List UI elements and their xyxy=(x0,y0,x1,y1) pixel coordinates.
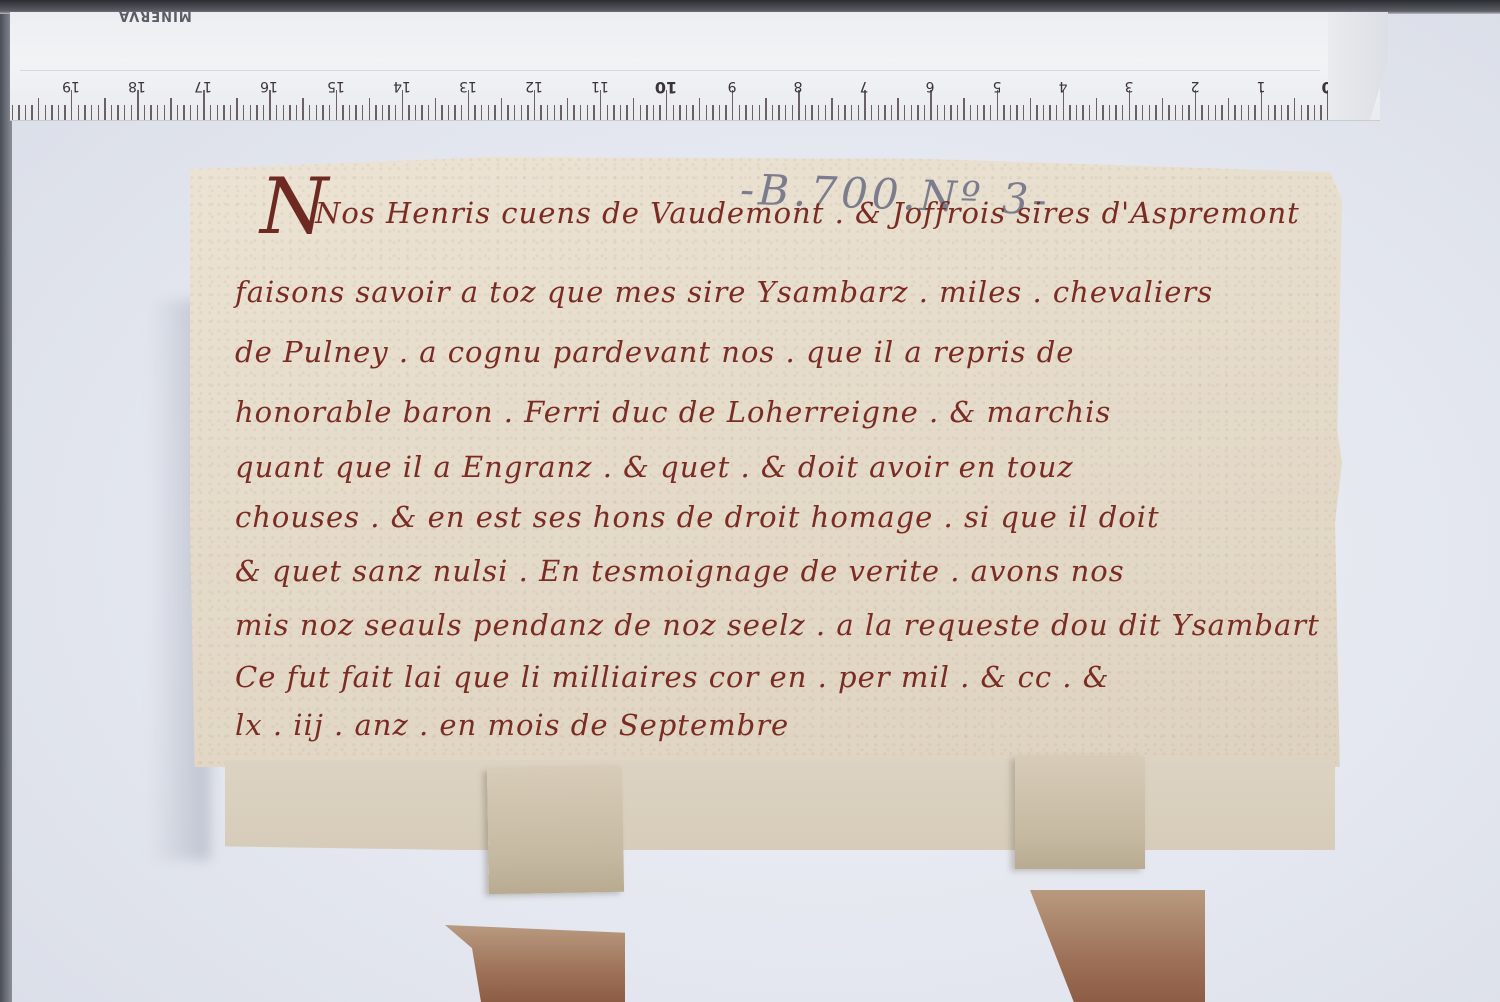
ruler-tick xyxy=(759,105,760,120)
ruler-tick xyxy=(805,105,806,120)
ruler-tick xyxy=(706,105,707,120)
ruler-tick xyxy=(1301,105,1302,120)
ruler-tick xyxy=(1268,105,1269,120)
ruler-tick xyxy=(276,105,277,120)
ruler-tick xyxy=(104,98,105,120)
ruler-tick xyxy=(31,105,32,120)
ruler-tick xyxy=(600,90,601,120)
seal-tag-right xyxy=(1015,757,1145,869)
ruler-tick xyxy=(930,90,931,120)
ruler-tick xyxy=(217,105,218,120)
ruler-tick xyxy=(1023,105,1024,120)
ruler-tick xyxy=(1076,105,1077,120)
ruler-tick xyxy=(1241,105,1242,120)
ruler-tick xyxy=(157,105,158,120)
ruler-tick xyxy=(1168,105,1169,120)
ruler-tick xyxy=(825,105,826,120)
ruler-cm-label: 4 xyxy=(1051,78,1075,94)
ruler-tick xyxy=(415,105,416,120)
ruler-tick xyxy=(587,105,588,120)
ruler-tick xyxy=(963,98,964,120)
ruler-tick xyxy=(1016,105,1017,120)
ruler-tick xyxy=(45,105,46,120)
text-line: chouses . & en est ses hons de droit hom… xyxy=(235,500,1160,534)
ruler-tick xyxy=(884,105,885,120)
ruler-tick xyxy=(1069,105,1070,120)
ruler-tick xyxy=(613,105,614,120)
ruler-tick xyxy=(646,105,647,120)
ruler-tick xyxy=(732,90,733,120)
ruler-tick xyxy=(679,105,680,120)
ruler-tick xyxy=(58,105,59,120)
ruler-tick xyxy=(540,105,541,120)
ruler-tick xyxy=(739,105,740,120)
ruler-tick xyxy=(375,105,376,120)
ruler-tick xyxy=(1307,105,1308,120)
ruler-tick xyxy=(534,90,535,120)
ruler-tick xyxy=(1082,105,1083,120)
ruler-tick xyxy=(481,105,482,120)
ruler-cm-label: 3 xyxy=(1117,78,1141,94)
ruler-tick xyxy=(626,105,627,120)
ruler-tick xyxy=(785,105,786,120)
text-line: & quet sanz nulsi . En tesmoignage de ve… xyxy=(235,554,1125,588)
ruler-tick xyxy=(1129,90,1130,120)
ruler-tick xyxy=(1036,105,1037,120)
ruler-tick xyxy=(362,105,363,120)
ruler-tick xyxy=(897,98,898,120)
ruler-cm-label: 8 xyxy=(786,78,810,94)
ruler-tick xyxy=(78,105,79,120)
text-line: honorable baron . Ferri duc de Loherreig… xyxy=(235,395,1111,429)
ruler-tick xyxy=(1003,105,1004,120)
ruler-tick xyxy=(1234,105,1235,120)
ruler-tick xyxy=(673,105,674,120)
ruler-tick xyxy=(699,98,700,120)
ruler-tick xyxy=(421,105,422,120)
centimeter-ruler: MINERVA 012345678910111213141516171819 xyxy=(10,12,1380,121)
ruler-brand: MINERVA xyxy=(118,8,192,23)
text-line: faisons savoir a toz que mes sire Ysamba… xyxy=(235,275,1213,309)
ruler-tick xyxy=(203,90,204,120)
ruler-tick xyxy=(402,90,403,120)
ruler-tick xyxy=(1254,105,1255,120)
ruler-tick xyxy=(250,105,251,120)
ruler-tick xyxy=(1109,105,1110,120)
ruler-tick xyxy=(170,98,171,120)
ruler-tick xyxy=(84,105,85,120)
ruler-tick xyxy=(957,105,958,120)
ruler-tick xyxy=(1063,90,1064,120)
ruler-tick xyxy=(131,105,132,120)
ruler-tick xyxy=(937,105,938,120)
ruler-cm-label: 15 xyxy=(324,78,348,94)
ruler-tick xyxy=(917,105,918,120)
text-line: de Pulney . a cognu pardevant nos . que … xyxy=(235,335,1074,369)
ruler-cm-label: 16 xyxy=(257,78,281,94)
left-edge-shadow xyxy=(0,0,12,1002)
ruler-tick xyxy=(944,105,945,120)
ruler-tick xyxy=(124,105,125,120)
ruler-tick xyxy=(554,105,555,120)
ruler-tick xyxy=(573,105,574,120)
ruler-tick xyxy=(494,105,495,120)
text-line: mis noz seauls pendanz de noz seelz . a … xyxy=(235,608,1320,642)
ruler-tick xyxy=(342,105,343,120)
ruler-tick xyxy=(725,105,726,120)
ruler-tick xyxy=(71,90,72,120)
ruler-tick xyxy=(454,105,455,120)
ruler-tick xyxy=(309,105,310,120)
ruler-tick xyxy=(1122,105,1123,120)
ruler-tick xyxy=(1228,98,1229,120)
ruler-cm-label: 5 xyxy=(985,78,1009,94)
ruler-cm-label: 7 xyxy=(852,78,876,94)
ruler-tick xyxy=(197,105,198,120)
ruler-cm-label: 10 xyxy=(654,78,678,97)
ruler-tick xyxy=(164,105,165,120)
ruler-tick xyxy=(527,105,528,120)
ruler-tick xyxy=(329,105,330,120)
ruler-tick xyxy=(51,105,52,120)
ruler-tick xyxy=(521,105,522,120)
ruler-tick xyxy=(745,105,746,120)
ruler-tick xyxy=(461,105,462,120)
ruler-tick xyxy=(1142,105,1143,120)
ruler-tick xyxy=(428,105,429,120)
ruler-tick xyxy=(653,105,654,120)
ruler-tick xyxy=(712,105,713,120)
ruler-tick xyxy=(911,105,912,120)
parchment-fold-plica xyxy=(225,760,1335,850)
ruler-tick xyxy=(1155,105,1156,120)
ruler-tick xyxy=(144,105,145,120)
ruler-tick xyxy=(488,105,489,120)
ruler-tick xyxy=(838,105,839,120)
ruler-tick xyxy=(792,105,793,120)
ruler-tick xyxy=(1175,105,1176,120)
ruler-tick xyxy=(844,105,845,120)
text-line: quant que il a Engranz . & quet . & doit… xyxy=(235,450,1074,484)
ruler-tick xyxy=(1208,105,1209,120)
ruler-tick xyxy=(408,105,409,120)
text-line: Ce fut fait lai que li milliaires cor en… xyxy=(235,660,1110,694)
ruler-tick xyxy=(778,105,779,120)
ruler-tick xyxy=(950,105,951,120)
ruler-tick xyxy=(560,105,561,120)
ruler-tick xyxy=(1221,105,1222,120)
ruler-tick xyxy=(640,105,641,120)
ruler-tick xyxy=(243,105,244,120)
ruler-tick xyxy=(210,105,211,120)
ruler-tick xyxy=(322,105,323,120)
ruler-tick xyxy=(355,105,356,120)
ruler-tick xyxy=(547,105,548,120)
ruler-tick xyxy=(183,105,184,120)
ruler-tick xyxy=(983,105,984,120)
ruler-cm-label: 11 xyxy=(588,78,612,94)
ruler-tick xyxy=(12,105,13,120)
ruler-tick xyxy=(692,105,693,120)
ruler-tick xyxy=(302,98,303,120)
ruler-tick xyxy=(858,105,859,120)
text-line: lx . iij . anz . en mois de Septembre xyxy=(235,708,789,742)
ruler-tick xyxy=(369,98,370,120)
ruler-tick xyxy=(263,105,264,120)
ruler-cm-label: 2 xyxy=(1183,78,1207,94)
text-line: Nos Henris cuens de Vaudemont . & Joffro… xyxy=(315,196,1300,230)
ruler-tick xyxy=(772,105,773,120)
ruler-tick xyxy=(117,105,118,120)
ruler-tick xyxy=(607,105,608,120)
ruler-tick xyxy=(1248,105,1249,120)
ruler-tick xyxy=(1043,105,1044,120)
ruler-tick xyxy=(1056,105,1057,120)
ruler-tick xyxy=(904,105,905,120)
ruler-tick xyxy=(448,105,449,120)
ruler-cm-label: 12 xyxy=(522,78,546,94)
ruler-tick xyxy=(177,105,178,120)
ruler-tick xyxy=(507,105,508,120)
ruler-tick xyxy=(818,105,819,120)
ruler-tick xyxy=(190,105,191,120)
ruler-tick xyxy=(1188,105,1189,120)
ruler-tick xyxy=(501,98,502,120)
ruler-tick xyxy=(977,105,978,120)
seal-tag-left xyxy=(487,767,624,894)
ruler-tick xyxy=(316,105,317,120)
ruler-tick xyxy=(38,98,39,120)
ruler-tick xyxy=(831,98,832,120)
ruler-tick xyxy=(91,105,92,120)
ruler-tick xyxy=(283,105,284,120)
ruler-tick xyxy=(798,90,799,120)
ruler-tick xyxy=(970,105,971,120)
ruler-tick xyxy=(924,105,925,120)
ruler-tick xyxy=(296,105,297,120)
ruler-tick xyxy=(382,105,383,120)
ruler-tick xyxy=(1320,105,1321,120)
ruler-cm-label: 13 xyxy=(456,78,480,94)
ruler-tick xyxy=(1162,98,1163,120)
ruler-tick xyxy=(441,105,442,120)
ruler-tick xyxy=(765,98,766,120)
ruler-tick xyxy=(878,105,879,120)
ruler-tick xyxy=(230,105,231,120)
ruler-tick xyxy=(851,105,852,120)
ruler-tick xyxy=(395,105,396,120)
ruler-tick xyxy=(468,90,469,120)
ruler-tick xyxy=(864,90,865,120)
ruler-tick xyxy=(18,105,19,120)
ruler-tick xyxy=(474,105,475,120)
ruler-tick xyxy=(580,105,581,120)
ruler-tick xyxy=(1182,105,1183,120)
ruler-tick xyxy=(269,90,270,120)
ruler-cm-label: 6 xyxy=(918,78,942,94)
ruler-tick xyxy=(150,105,151,120)
ruler-tick xyxy=(1030,98,1031,120)
ruler-tick xyxy=(289,105,290,120)
ruler-tick xyxy=(349,105,350,120)
ruler-tick xyxy=(686,105,687,120)
ruler-tick xyxy=(1314,105,1315,120)
ruler-tick xyxy=(752,105,753,120)
ruler-tick xyxy=(1096,98,1097,120)
ruler-tick xyxy=(1115,105,1116,120)
ruler-tick xyxy=(811,105,812,120)
ruler-tick xyxy=(435,98,436,120)
ruler-guide-line xyxy=(20,70,1320,71)
ruler-tick xyxy=(256,105,257,120)
ruler-tick xyxy=(891,105,892,120)
ruler-tick xyxy=(25,105,26,120)
ruler-tick xyxy=(111,105,112,120)
ruler-tick xyxy=(1201,105,1202,120)
ruler-tick xyxy=(1102,105,1103,120)
ruler-tick xyxy=(98,105,99,120)
ruler-tick xyxy=(593,105,594,120)
ruler-tick xyxy=(1294,98,1295,120)
ruler-tick xyxy=(388,105,389,120)
ruler-cm-label: 18 xyxy=(125,78,149,94)
ruler-tick xyxy=(633,98,634,120)
ruler-tick xyxy=(1261,90,1262,120)
ruler-tick xyxy=(990,105,991,120)
ruler-cm-label: 9 xyxy=(720,78,744,94)
ruler-tick xyxy=(1215,105,1216,120)
ruler-cm-label: 14 xyxy=(390,78,414,94)
ruler-tick xyxy=(1135,105,1136,120)
ruler-tick xyxy=(1149,105,1150,120)
ruler-tick xyxy=(871,105,872,120)
ruler-tick xyxy=(514,105,515,120)
ruler-tick xyxy=(236,98,237,120)
ruler-tick xyxy=(64,105,65,120)
ruler-tick xyxy=(997,90,998,120)
ruler-tick xyxy=(1049,105,1050,120)
ruler-tick xyxy=(1274,105,1275,120)
ruler-tick xyxy=(1089,105,1090,120)
ruler-tick xyxy=(620,105,621,120)
ruler-cm-label: 17 xyxy=(191,78,215,94)
ruler-tick xyxy=(1281,105,1282,120)
ruler-tick xyxy=(567,98,568,120)
ruler-tick xyxy=(223,105,224,120)
ruler-tick xyxy=(1195,90,1196,120)
ruler-tick xyxy=(1287,105,1288,120)
ruler-tick xyxy=(1010,105,1011,120)
ruler-tick xyxy=(719,105,720,120)
ruler-cm-label: 19 xyxy=(59,78,83,94)
ruler-cm-label: 1 xyxy=(1249,78,1273,94)
ruler-tick xyxy=(137,90,138,120)
ruler-tick xyxy=(659,105,660,120)
ruler-tick xyxy=(336,90,337,120)
